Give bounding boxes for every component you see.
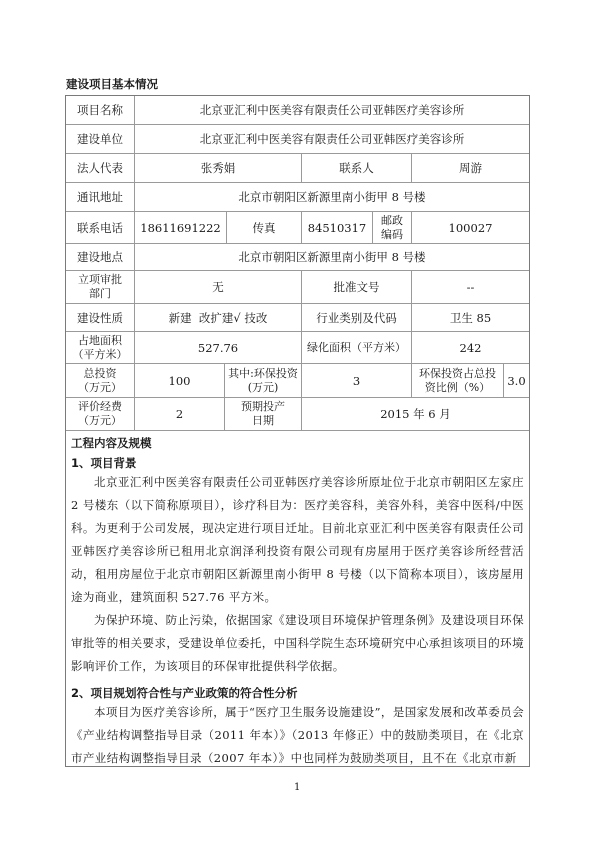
label-total-investment: 总投资（万元）	[66, 364, 135, 398]
section-title: 建设项目基本情况	[66, 76, 158, 92]
value-contact: 周游	[412, 154, 529, 183]
label-legal-rep: 法人代表	[66, 154, 135, 183]
section-1-title: 1、项目背景	[71, 455, 137, 471]
label-env-investment: 其中:环保投资(万元)	[225, 364, 302, 398]
value-legal-rep: 张秀娟	[135, 154, 302, 183]
value-production-date: 2015 年 6 月	[302, 398, 529, 431]
label-contact: 联系人	[302, 154, 412, 183]
value-postcode: 100027	[412, 212, 529, 244]
label-project-name: 项目名称	[66, 96, 135, 125]
label-fax: 传真	[227, 212, 302, 244]
section-2-paragraph-1: 本项目为医疗美容诊所，属于“医疗卫生服务设施建设”，是国家发展和改革委员会《产业…	[71, 701, 524, 765]
label-doc-no: 批准文号	[302, 271, 412, 304]
value-land-area: 527.76	[135, 332, 302, 364]
label-phone: 联系电话	[66, 212, 135, 244]
label-postcode: 邮政编码	[373, 212, 412, 244]
content-heading: 工程内容及规模	[71, 435, 152, 451]
label-address: 通讯地址	[66, 183, 135, 212]
value-address: 北京市朝阳区新源里南小街甲 8 号楼	[135, 183, 529, 212]
section-1-paragraph-2: 为保护环境、防止污染，依据国家《建设项目环境保护管理条例》及建设项目环保审批等的…	[71, 609, 524, 678]
label-industry: 行业类别及代码	[302, 304, 412, 332]
page-number: 1	[294, 782, 300, 793]
value-project-name: 北京亚汇利中医美容有限责任公司亚韩医疗美容诊所	[135, 96, 529, 125]
value-nature: 新建 改扩建√ 技改	[135, 304, 302, 332]
value-fax: 84510317	[302, 212, 373, 244]
label-approval-dept: 立项审批部门	[66, 271, 135, 304]
value-doc-no: --	[412, 271, 529, 304]
label-green-area: 绿化面积（平方米）	[302, 332, 412, 364]
value-approval-dept: 无	[135, 271, 302, 304]
label-env-ratio: 环保投资占总投资比例（%）	[412, 364, 504, 398]
label-nature: 建设性质	[66, 304, 135, 332]
section-1-paragraph-1: 北京亚汇利中医美容有限责任公司亚韩医疗美容诊所原址位于北京市朝阳区左家庄 2 号…	[71, 471, 524, 609]
label-eval-cost: 评价经费（万元）	[66, 398, 135, 431]
label-site: 建设地点	[66, 244, 135, 271]
value-phone: 18611691222	[135, 212, 227, 244]
value-eval-cost: 2	[135, 398, 225, 431]
project-info-table: 项目名称 北京亚汇利中医美容有限责任公司亚韩医疗美容诊所 建设单位 北京亚汇利中…	[65, 95, 530, 767]
label-production-date: 预期投产日期	[225, 398, 302, 431]
project-content-section: 工程内容及规模 1、项目背景 北京亚汇利中医美容有限责任公司亚韩医疗美容诊所原址…	[66, 431, 529, 766]
value-industry: 卫生 85	[412, 304, 529, 332]
section-2-title: 2、项目规划符合性与产业政策的符合性分析	[71, 685, 298, 701]
value-env-investment: 3	[302, 364, 412, 398]
label-land-area: 占地面积（平方米）	[66, 332, 135, 364]
value-green-area: 242	[412, 332, 529, 364]
value-total-investment: 100	[135, 364, 225, 398]
value-env-ratio: 3.0	[504, 364, 529, 398]
value-construction-unit: 北京亚汇利中医美容有限责任公司亚韩医疗美容诊所	[135, 125, 529, 154]
value-site: 北京市朝阳区新源里南小街甲 8 号楼	[135, 244, 529, 271]
label-construction-unit: 建设单位	[66, 125, 135, 154]
